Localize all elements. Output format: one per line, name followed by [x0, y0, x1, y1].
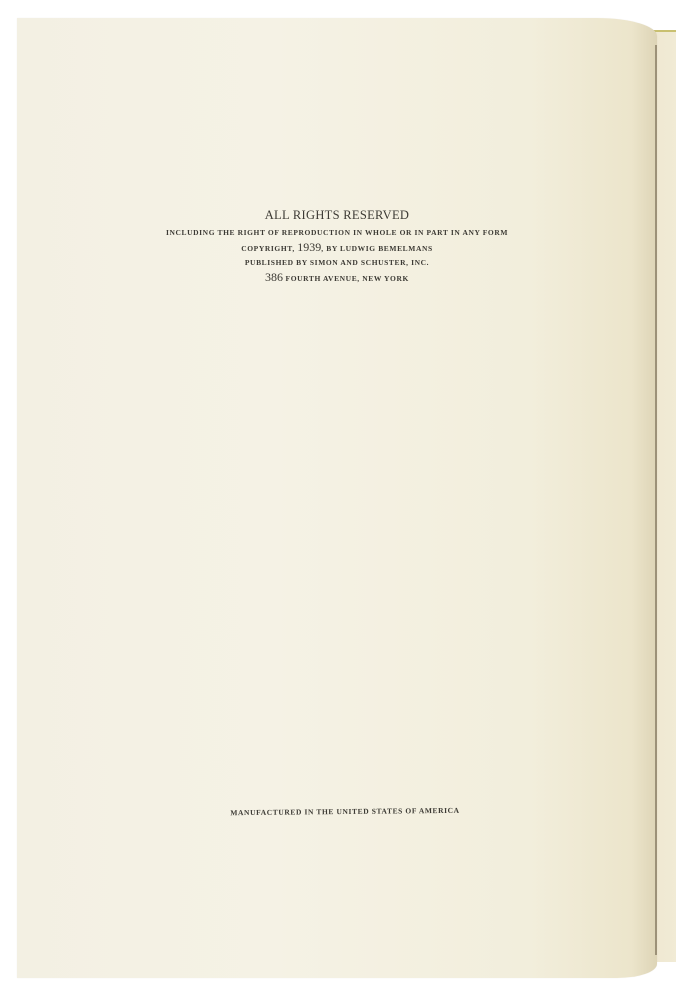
address-number: 386 [265, 270, 283, 284]
reproduction-notice: INCLUDING THE RIGHT OF REPRODUCTION IN W… [17, 226, 657, 240]
copyright-author: , BY LUDWIG BEMELMANS [321, 244, 433, 253]
publisher-address: 386 FOURTH AVENUE, NEW YORK [17, 270, 657, 286]
copyright-notice: COPYRIGHT, 1939, BY LUDWIG BEMELMANS [17, 240, 657, 256]
page-gutter [655, 45, 657, 955]
copyright-page: ALL RIGHTS RESERVED INCLUDING THE RIGHT … [17, 18, 657, 978]
publisher-line: PUBLISHED BY SIMON AND SCHUSTER, INC. [17, 256, 657, 270]
copyright-block: ALL RIGHTS RESERVED INCLUDING THE RIGHT … [17, 208, 657, 286]
address-street: FOURTH AVENUE, NEW YORK [283, 274, 409, 283]
manufactured-notice: MANUFACTURED IN THE UNITED STATES OF AME… [25, 802, 665, 823]
rights-heading: ALL RIGHTS RESERVED [17, 208, 657, 223]
copyright-prefix: COPYRIGHT, [241, 244, 297, 253]
book-photo: ALL RIGHTS RESERVED INCLUDING THE RIGHT … [0, 0, 676, 1000]
copyright-year: 1939 [297, 240, 321, 254]
